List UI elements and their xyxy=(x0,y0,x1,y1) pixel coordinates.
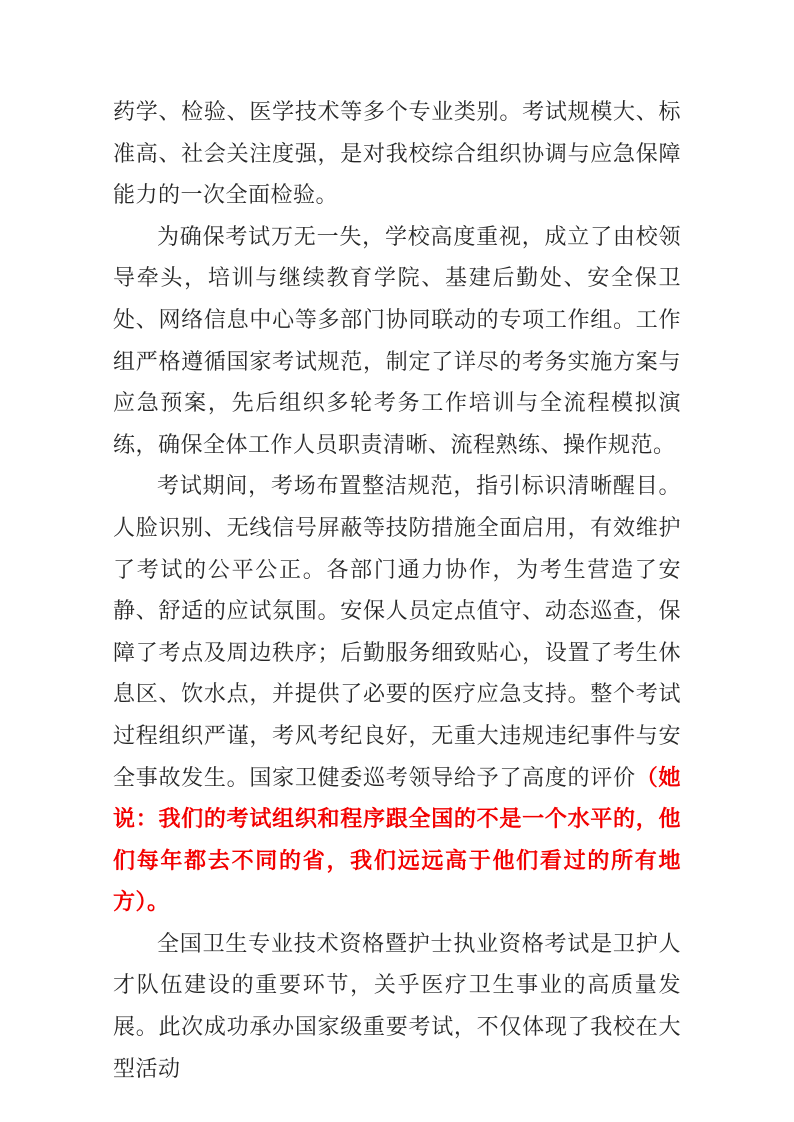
paragraph-text: 药学、检验、医学技术等多个专业类别。考试规模大、标准高、社会关注度强，是对我校综… xyxy=(113,99,681,207)
paragraph-text: 考试期间，考场布置整洁规范，指引标识清晰醒目。人脸识别、无线信号屏蔽等技防措施全… xyxy=(113,473,681,789)
paragraph-continued-specialties: 药学、检验、医学技术等多个专业类别。考试规模大、标准高、社会关注度强，是对我校综… xyxy=(113,91,681,216)
paragraph-text: 全国卫生专业技术资格暨护士执业资格考试是卫护人才队伍建设的重要环节，关乎医疗卫生… xyxy=(113,931,681,1081)
paragraph-exam-significance: 全国卫生专业技术资格暨护士执业资格考试是卫护人才队伍建设的重要环节，关乎医疗卫生… xyxy=(113,923,681,1089)
paragraph-text: 为确保考试万无一失，学校高度重视，成立了由校领导牵头，培训与继续教育学院、基建后… xyxy=(113,224,681,457)
page-text-content: 药学、检验、医学技术等多个专业类别。考试规模大、标准高、社会关注度强，是对我校综… xyxy=(113,91,681,1089)
paragraph-exam-period: 考试期间，考场布置整洁规范，指引标识清晰醒目。人脸识别、无线信号屏蔽等技防措施全… xyxy=(113,465,681,923)
paragraph-exam-preparation: 为确保考试万无一失，学校高度重视，成立了由校领导牵头，培训与继续教育学院、基建后… xyxy=(113,216,681,466)
document-page: 药学、检验、医学技术等多个专业类别。考试规模大、标准高、社会关注度强，是对我校综… xyxy=(0,0,794,1122)
